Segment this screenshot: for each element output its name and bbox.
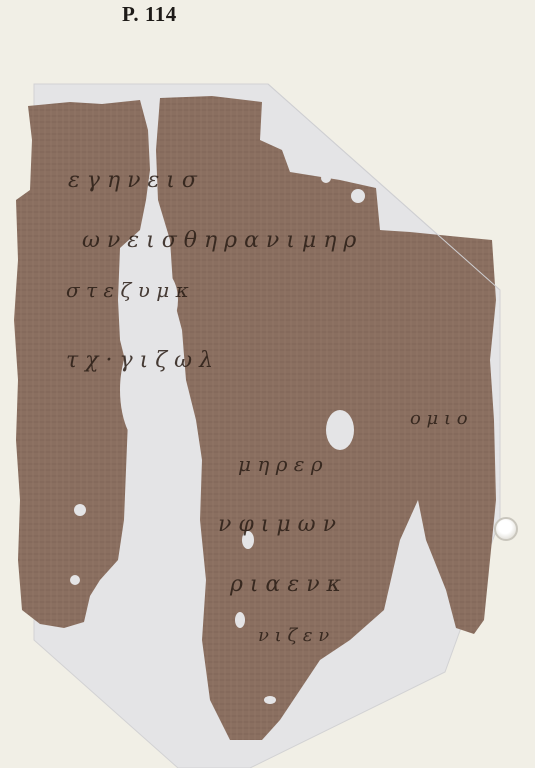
- binder-ring-hole-icon: [494, 517, 518, 541]
- script-line: ο μ ι ο: [410, 408, 468, 429]
- script-line: τ χ · γ ι ζ ω λ: [66, 348, 213, 373]
- papyrus-photo: [0, 0, 535, 768]
- script-line: ω ν ε ι σ θ η ρ α ν ι μ η ρ: [82, 228, 356, 253]
- script-line: μ η ρ ε ρ: [238, 452, 323, 476]
- script-line: ε γ η ν ε ι σ: [68, 168, 197, 193]
- script-line: ν φ ι μ ω ν: [218, 512, 336, 537]
- script-line: σ τ ε ζ υ μ κ: [66, 278, 189, 302]
- script-line: ρ ι α ε ν κ: [230, 572, 341, 597]
- script-line: ν ι ζ ε ν: [258, 625, 329, 646]
